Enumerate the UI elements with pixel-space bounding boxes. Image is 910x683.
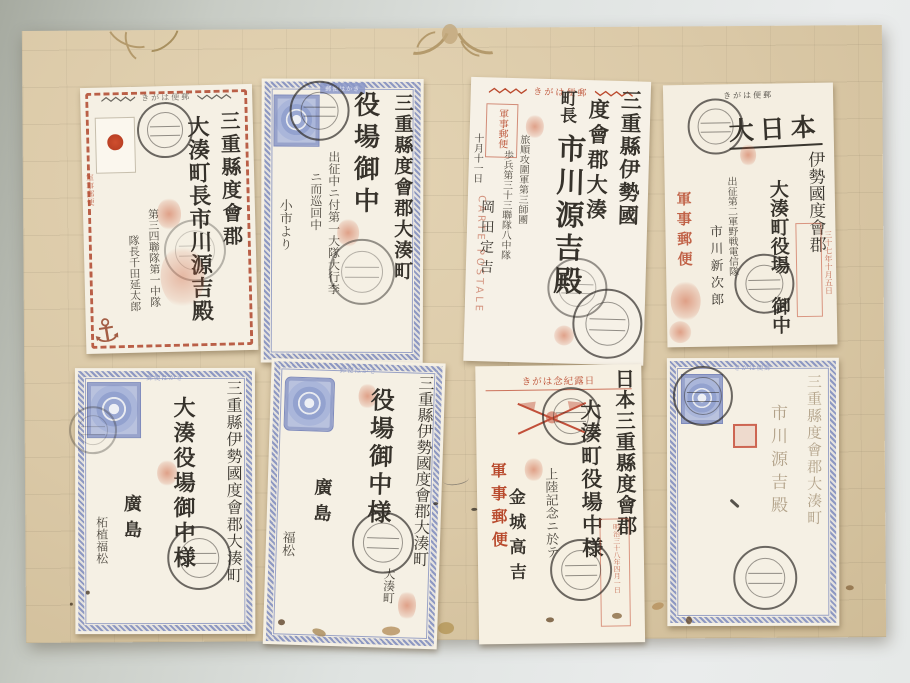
zigzag-icon: [101, 94, 135, 103]
red-seal: [157, 460, 177, 486]
paper-damage-speck: [686, 616, 692, 624]
postcard-6: 郵便はかき 三重縣伊勢國度會郡大湊町 役場御中様 大湊町 廣島 福松: [263, 358, 446, 649]
printed-header: きがは便郵: [734, 363, 772, 372]
addressee-name: 市川源吉殿: [767, 404, 785, 519]
address-column: 役場御中様: [364, 387, 393, 528]
red-seal: [670, 281, 701, 322]
anchor-icon: ⚓: [89, 309, 124, 351]
military-mail-text: 軍事郵便: [489, 462, 507, 554]
ink-speck: [471, 508, 477, 511]
paper-damage-speck: [612, 613, 622, 619]
sender-name: 市川新次郎: [707, 224, 722, 309]
printed-header: 郵便はかき: [339, 365, 377, 375]
zigzag-icon: [197, 92, 231, 101]
sender-column: 隊長千田延太郎: [128, 235, 141, 312]
paper-damage-speck: [382, 626, 400, 635]
red-seal: [525, 458, 543, 482]
sender-column: 廣島: [310, 477, 330, 530]
paper-damage-speck: [438, 622, 454, 634]
red-date-note: 三十七年十月五日: [823, 231, 832, 295]
postmark-icon: [167, 526, 231, 590]
address-column: 三重縣度會郡大湊町: [805, 374, 821, 527]
printed-header: きがは念紀露日: [522, 373, 596, 388]
address-column: 三重縣度會郡大湊町: [391, 93, 411, 282]
address-column: 三重縣伊勢國: [615, 89, 641, 228]
red-seal: [669, 321, 691, 343]
pencil-squiggle: [442, 472, 469, 487]
red-seal: [554, 325, 575, 346]
paper-damage-speck: [651, 601, 664, 611]
postcard-2: 郵便はかき 三重縣度會郡大湊町 役場御中 出征中ニ付第一大隊大行李 ニ而巡回中 …: [261, 78, 424, 363]
postcard-1: きがは便郵 三重縣度會郡 大湊町長市川源吉殿 第三四聯隊第一中隊 隊長千田延太郎…: [80, 84, 258, 354]
red-annotation-box: [795, 223, 823, 317]
sender-column: 柘植福松: [95, 516, 108, 564]
paper-damage-speck: [86, 591, 90, 595]
printed-header: きがは便郵: [723, 90, 773, 102]
postmark-icon: [673, 366, 733, 426]
military-mail-label: 軍事郵便: [495, 109, 507, 149]
printed-header: 郵便はかき: [146, 373, 184, 382]
postcard-4: きがは便郵 大日本 伊勢國度會郡 大湊町役場 御中 三十七年十月五日 軍事郵便 …: [663, 82, 838, 347]
paper-damage-speck: [278, 619, 285, 625]
postcard-5: 郵便はかき 三重縣伊勢國度會郡大湊町 大湊役場御中様 廣島 柘植福松: [75, 368, 255, 634]
address-column: 日本三重縣度會郡: [613, 368, 636, 536]
ink-speck: [433, 502, 438, 505]
sender-column: 出征第二軍野戦電信隊: [724, 176, 736, 276]
postcard-8: きがは便郵 三重縣度會郡大湊町 市川源吉殿: [667, 358, 839, 626]
military-mail-stamp: 軍事郵便: [675, 191, 692, 271]
address-column: 大湊町役場中様: [578, 399, 602, 560]
sender-column: 廣島: [121, 494, 140, 546]
paper-damage-speck: [546, 617, 554, 622]
postmark-icon: [329, 239, 395, 305]
zigzag-icon: [489, 86, 527, 95]
postcard-7: きがは念紀露日 軍事郵便 日本三重縣度會郡 大湊町役場中様 上陸記念ニ於テ 金城…: [475, 364, 645, 644]
red-side-stamp: 軍事郵便: [85, 174, 94, 206]
message-column: 小市より: [277, 199, 291, 251]
imprinted-stamp-icon: [283, 376, 335, 432]
address-column: 役場御中: [350, 91, 377, 219]
message-column: 上陸記念ニ於テ: [543, 467, 558, 558]
sender-name: 金城高吉: [505, 488, 524, 588]
red-square-seal: [733, 424, 757, 448]
date-note: 十月十一日: [470, 133, 482, 183]
postmark-icon: [69, 406, 117, 454]
sender-column: 歩兵第三十三聯隊八中隊: [498, 150, 511, 260]
message-column: ニ而巡回中: [309, 171, 322, 231]
address-column: 三重縣度會郡: [218, 110, 242, 248]
red-seal: [526, 114, 545, 138]
sender-column: 福松: [279, 530, 293, 556]
postmark-icon: [289, 81, 349, 141]
postmark-icon: [733, 546, 797, 610]
address-column: 度會郡大湊: [583, 98, 608, 224]
postcard-3: きがは便郵 軍事郵便 CARTE POSTALE 十月十一日 三重縣伊勢國 度會…: [463, 77, 651, 366]
album-page: きがは便郵 三重縣度會郡 大湊町長市川源吉殿 第三四聯隊第一中隊 隊長千田延太郎…: [22, 25, 886, 643]
sender-column: 旅順攻圍軍第三師團: [515, 134, 528, 224]
headline-dai-nippon: 大日本: [728, 107, 823, 150]
paper-damage-speck: [846, 585, 854, 590]
photo-scene: きがは便郵 三重縣度會郡 大湊町長市川源吉殿 第三四聯隊第一中隊 隊長千田延太郎…: [0, 0, 910, 683]
red-annotation-text: 明治三十八年四月一日: [612, 523, 620, 593]
paper-damage-speck: [70, 603, 73, 606]
address-column: 町長: [556, 89, 575, 123]
mount-ornament-body: [442, 24, 458, 44]
rising-sun-stamp-icon: [95, 117, 136, 174]
sender-name: 岡田定吉: [478, 199, 495, 279]
red-seal: [740, 144, 756, 166]
